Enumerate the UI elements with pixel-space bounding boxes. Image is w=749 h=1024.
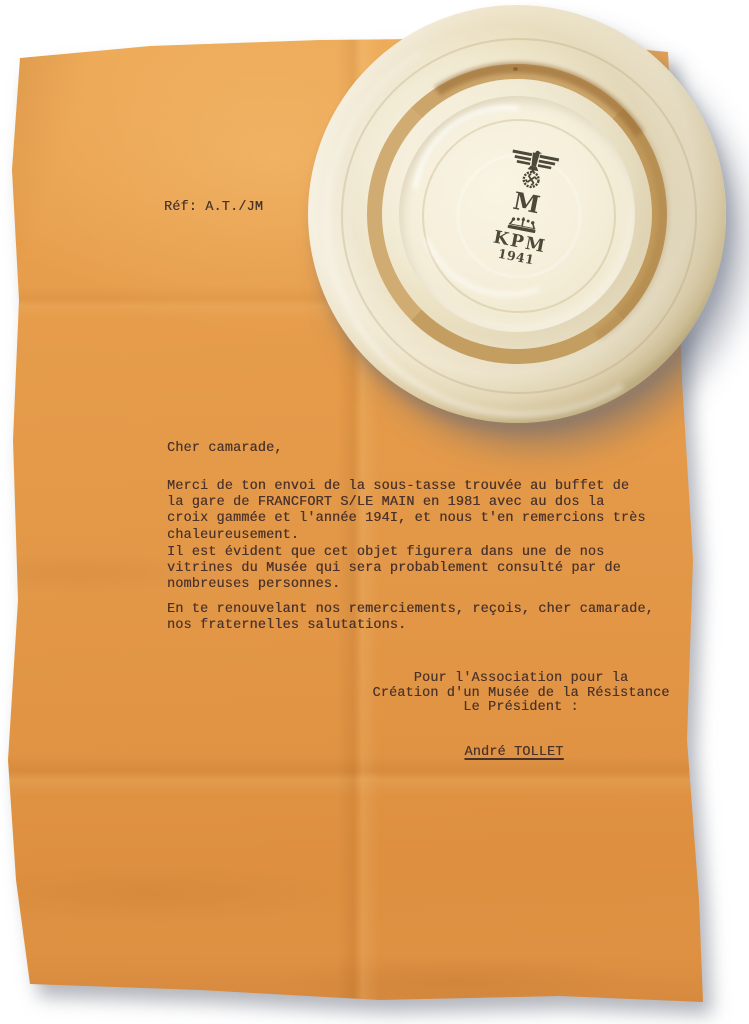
paragraph-line: En te renouvelant nos remerciements, reç… — [167, 602, 654, 618]
letter-paragraph-1: Merci de ton envoi de la sous-tasse trou… — [167, 479, 646, 544]
closing-line: Pour l'Association pour la — [365, 672, 677, 687]
letter-paragraph-3: En te renouvelant nos remerciements, reç… — [167, 602, 654, 634]
letter-salutation: Cher camarade, — [167, 441, 283, 457]
paragraph-line: croix gammée et l'année 194I, et nous t'… — [167, 511, 646, 527]
monogram-m: M — [512, 190, 542, 216]
paragraph-line: la gare de FRANCFORT S/LE MAIN en 1981 a… — [167, 495, 646, 511]
paragraph-line: Merci de ton envoi de la sous-tasse trou… — [167, 479, 646, 495]
paragraph-line: Il est évident que cet objet figurera da… — [167, 545, 621, 561]
paragraph-line: nos fraternelles salutations. — [167, 618, 654, 634]
photo-scene: Réf: A.T./JM Cher camarade, Merci de ton… — [0, 0, 749, 1024]
letter-paragraph-2: Il est évident que cet objet figurera da… — [167, 545, 621, 594]
glaze-speck — [513, 67, 518, 71]
reichsadler-swastika-icon — [506, 145, 561, 193]
letter-signature: André TOLLET — [430, 745, 598, 761]
closing-line: Le Président : — [365, 701, 677, 716]
saucer: M KPM 1941 — [308, 5, 726, 423]
paragraph-line: vitrines du Musée qui sera probablement … — [167, 561, 621, 577]
closing-line: Création d'un Musée de la Résistance — [365, 687, 677, 702]
letter-closing: Pour l'Association pour la Création d'un… — [365, 672, 677, 716]
paragraph-line: nombreuses personnes. — [167, 577, 621, 593]
paragraph-line: chaleureusement. — [167, 528, 646, 544]
letter-reference: Réf: A.T./JM — [164, 200, 263, 216]
